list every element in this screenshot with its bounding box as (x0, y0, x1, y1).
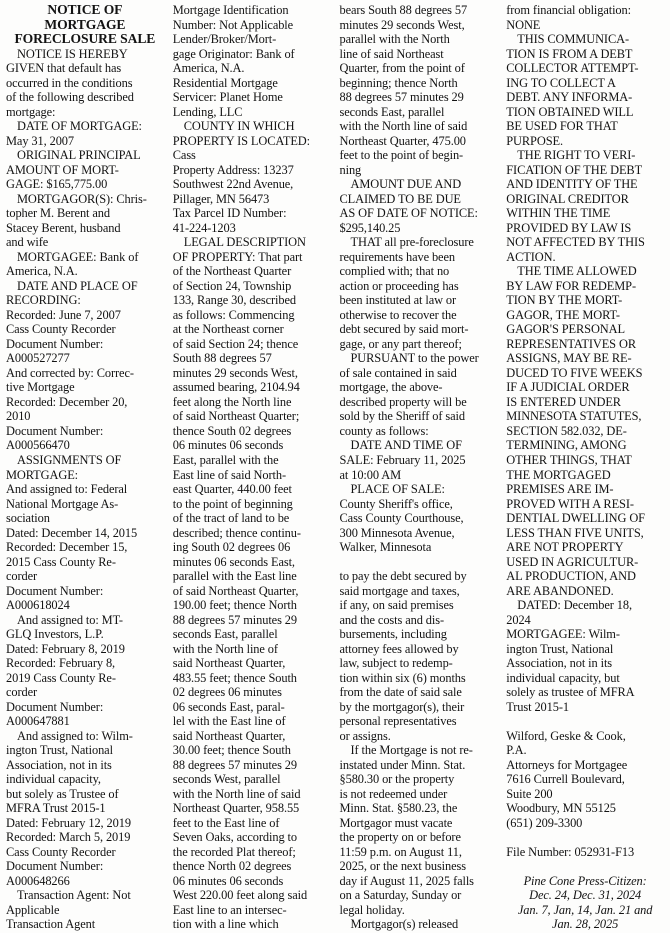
text-line: Walker, Minnesota (340, 540, 498, 555)
text-line: DATE AND PLACE OF (6, 279, 164, 294)
text-line: of said Northeast Quarter; (173, 409, 331, 424)
text-line: ington Trust, National (506, 642, 664, 657)
text-line: A000618024 (6, 598, 164, 613)
text-line: GLQ Investors, L.P. (6, 627, 164, 642)
text-line: debt secured by said mort- (340, 322, 498, 337)
text-line: File Number: 052931-F13 (506, 845, 664, 860)
text-line: AL PRODUCTION, AND (506, 569, 664, 584)
text-line: Jan. 28, 2025 (506, 917, 664, 932)
foreclosure-notice-page: NOTICE OFMORTGAGEFORECLOSURE SALENOTICE … (0, 0, 670, 933)
text-line: AS OF DATE OF NOTICE: (340, 206, 498, 221)
text-line: A000648266 (6, 874, 164, 889)
text-line: East, parallel with the (173, 453, 331, 468)
text-line: day if August 11, 2025 falls (340, 874, 498, 889)
text-line: gage Originator: Bank of (173, 47, 331, 62)
text-line: Quarter, from the point of (340, 61, 498, 76)
text-line: Tax Parcel ID Number: (173, 206, 331, 221)
text-line: ORIGINAL CREDITOR (506, 192, 664, 207)
text-line: May 31, 2007 (6, 134, 164, 149)
text-line: IS ENTERED UNDER (506, 395, 664, 410)
text-line: minutes 06 seconds East, (173, 555, 331, 570)
text-line: MORTGAGEE: Bank of (6, 250, 164, 265)
text-line: AMOUNT OF MORT- (6, 163, 164, 178)
text-line (506, 714, 664, 729)
text-line: FICATION OF THE DEBT (506, 163, 664, 178)
text-line: of Section 24, Township (173, 279, 331, 294)
notice-column-3: bears South 88 degrees 57minutes 29 seco… (340, 3, 498, 931)
text-line: TION OBTAINED WILL (506, 105, 664, 120)
text-line: tion with a line which (173, 917, 331, 932)
text-line: Pillager, MN 56473 (173, 192, 331, 207)
text-line: seconds East, parallel (173, 627, 331, 642)
text-line: mortgage: (6, 105, 164, 120)
text-line: NOTICE IS HEREBY (6, 47, 164, 62)
text-line: ARE NOT PROPERTY (506, 540, 664, 555)
text-line: Trust 2015-1 (506, 700, 664, 715)
text-line: personal representatives (340, 714, 498, 729)
text-line: of the Northeast Quarter (173, 264, 331, 279)
text-line: TION BY THE MORT- (506, 293, 664, 308)
text-line (340, 555, 498, 570)
text-line: TION IS FROM A DEBT (506, 47, 664, 62)
text-line: county as follows: (340, 424, 498, 439)
text-line: PROPERTY IS LOCATED: (173, 134, 331, 149)
text-line: 2025, or the next business (340, 859, 498, 874)
text-line: to pay the debt secured by (340, 569, 498, 584)
text-line: ING TO COLLECT A (506, 76, 664, 91)
text-line: Recorded: March 5, 2019 (6, 830, 164, 845)
text-line: from the date of said sale (340, 685, 498, 700)
text-line: Applicable (6, 903, 164, 918)
text-line: Dated: February 8, 2019 (6, 642, 164, 657)
text-line: PREMISES ARE IM- (506, 482, 664, 497)
text-line: seconds East, parallel (340, 105, 498, 120)
text-line: Lending, LLC (173, 105, 331, 120)
text-line: Document Number: (6, 424, 164, 439)
text-line: Servicer: Planet Home (173, 90, 331, 105)
text-line: instated under Minn. Stat. (340, 758, 498, 773)
text-line: feet along the North line (173, 395, 331, 410)
text-line: Lender/Broker/Mort- (173, 32, 331, 47)
text-line: but solely as Trustee of (6, 787, 164, 802)
text-line: MORTGAGOR(S): Chris- (6, 192, 164, 207)
text-line: Woodbury, MN 55125 (506, 801, 664, 816)
text-line: Seven Oaks, according to (173, 830, 331, 845)
text-line: Minn. Stat. §580.23, the (340, 801, 498, 816)
text-line: THE MORTGAGED (506, 468, 664, 483)
text-line: tion within six (6) months (340, 671, 498, 686)
text-line: Cass County Courthouse, (340, 511, 498, 526)
text-line: thence North 02 degrees (173, 859, 331, 874)
text-line: ORIGINAL PRINCIPAL (6, 148, 164, 163)
text-line: And assigned to: Federal (6, 482, 164, 497)
text-line: NOT AFFECTED BY THIS (506, 235, 664, 250)
text-line: Mortgagor must vacate (340, 816, 498, 831)
notice-column-2: Mortgage IdentificationNumber: Not Appli… (173, 3, 331, 931)
text-line: NONE (506, 18, 664, 33)
text-line: assumed bearing, 2104.94 (173, 380, 331, 395)
text-line: THIS COMMUNICA- (506, 32, 664, 47)
text-line (506, 859, 664, 874)
text-line: BE USED FOR THAT (506, 119, 664, 134)
text-line: 190.00 feet; thence North (173, 598, 331, 613)
text-line: PROVIDED BY LAW IS (506, 221, 664, 236)
text-line: OTHER THINGS, THAT (506, 453, 664, 468)
text-line: GAGE: $165,775.00 (6, 177, 164, 192)
text-line: 88 degrees 57 minutes 29 (173, 758, 331, 773)
text-line: ington Trust, National (6, 743, 164, 758)
text-line: Cass County Recorder (6, 322, 164, 337)
text-line: Stacey Berent, husband (6, 221, 164, 236)
text-line: of said Northeast Quarter, (173, 584, 331, 599)
text-line: 2019 Cass County Re- (6, 671, 164, 686)
text-line: of sale contained in said (340, 366, 498, 381)
text-line: MFRA Trust 2015-1 (6, 801, 164, 816)
text-line: said Northeast Quarter, (173, 729, 331, 744)
text-line: National Mortgage As- (6, 497, 164, 512)
text-line: AND IDENTITY OF THE (506, 177, 664, 192)
text-line: with the North line of said (340, 119, 498, 134)
text-line: at 10:00 AM (340, 468, 498, 483)
text-line: 133, Range 30, described (173, 293, 331, 308)
text-line: feet to the East line of (173, 816, 331, 831)
text-line: Suite 200 (506, 787, 664, 802)
text-line: described property will be (340, 395, 498, 410)
text-line: topher M. Berent and (6, 206, 164, 221)
text-line: ning (340, 163, 498, 178)
text-line: 300 Minnesota Avenue, (340, 526, 498, 541)
text-line: Document Number: (6, 584, 164, 599)
text-line: ASSIGNMENTS OF (6, 453, 164, 468)
text-line: gage, or any part thereof; (340, 337, 498, 352)
text-line: THE TIME ALLOWED (506, 264, 664, 279)
text-line: South 88 degrees 57 (173, 351, 331, 366)
text-line: DATE AND TIME OF (340, 438, 498, 453)
text-line: BY LAW FOR REDEMP- (506, 279, 664, 294)
text-line: beginning; thence North (340, 76, 498, 91)
text-line: 06 seconds East, paral- (173, 700, 331, 715)
text-line: otherwise to recover the (340, 308, 498, 323)
text-line: If the Mortgage is not re- (340, 743, 498, 758)
text-line: 30.00 feet; thence South (173, 743, 331, 758)
notice-column-1: NOTICE OFMORTGAGEFORECLOSURE SALENOTICE … (6, 3, 164, 931)
text-line: thence South 02 degrees (173, 424, 331, 439)
text-line: east Quarter, 440.00 feet (173, 482, 331, 497)
text-line: OF PROPERTY: That part (173, 250, 331, 265)
text-line: Dated: February 12, 2019 (6, 816, 164, 831)
text-line: 02 degrees 06 minutes (173, 685, 331, 700)
text-line: Wilford, Geske & Cook, (506, 729, 664, 744)
text-line: A000527277 (6, 351, 164, 366)
text-line: 11:59 p.m. on August 11, (340, 845, 498, 860)
text-line: Transaction Agent (6, 917, 164, 932)
text-line: said Northeast Quarter, (173, 656, 331, 671)
text-line: AMOUNT DUE AND (340, 177, 498, 192)
text-line: parallel with the East line (173, 569, 331, 584)
text-line: County Sheriff's office, (340, 497, 498, 512)
text-line: occurred in the conditions (6, 76, 164, 91)
text-line: 7616 Currell Boulevard, (506, 772, 664, 787)
text-line: ARE ABANDONED. (506, 584, 664, 599)
text-line: GAGOR'S PERSONAL (506, 322, 664, 337)
text-line: And corrected by: Correc- (6, 366, 164, 381)
text-line: America, N.A. (173, 61, 331, 76)
text-line: mortgage, the above- (340, 380, 498, 395)
text-line: East line of said North- (173, 468, 331, 483)
text-line: by the mortgagor(s), their (340, 700, 498, 715)
text-line: 2010 (6, 409, 164, 424)
text-line: COUNTY IN WHICH (173, 119, 331, 134)
text-line: feet to the point of begin- (340, 148, 498, 163)
text-line: PLACE OF SALE: (340, 482, 498, 497)
text-line: USED IN AGRICULTUR- (506, 555, 664, 570)
text-line: ACTION. (506, 250, 664, 265)
text-line: Pine Cone Press-Citizen: (506, 874, 664, 889)
text-line: MINNESOTA STATUTES, (506, 409, 664, 424)
text-line: Number: Not Applicable (173, 18, 331, 33)
text-line: REPRESENTATIVES OR (506, 337, 664, 352)
text-line: LEGAL DESCRIPTION (173, 235, 331, 250)
text-line: with the North line of said (173, 787, 331, 802)
text-line: 483.55 feet; thence South (173, 671, 331, 686)
text-line: LESS THAN FIVE UNITS, (506, 526, 664, 541)
text-line: Association, not in its (506, 656, 664, 671)
text-line: minutes 29 seconds West, (173, 366, 331, 381)
text-line: And assigned to: Wilm- (6, 729, 164, 744)
text-line: Transaction Agent: Not (6, 888, 164, 903)
text-line: complied with; that no (340, 264, 498, 279)
text-line: tive Mortgage (6, 380, 164, 395)
text-line: A000647881 (6, 714, 164, 729)
text-line: Cass (173, 148, 331, 163)
text-line: GIVEN that default has (6, 61, 164, 76)
text-line: sociation (6, 511, 164, 526)
text-line: bursements, including (340, 627, 498, 642)
text-line: WITHIN THE TIME (506, 206, 664, 221)
text-line: CLAIMED TO BE DUE (340, 192, 498, 207)
text-line: GAGOR, THE MORT- (506, 308, 664, 323)
text-line: ing South 02 degrees 06 (173, 540, 331, 555)
text-line: Recorded: December 20, (6, 395, 164, 410)
notice-column-4: from financial obligation:NONETHIS COMMU… (506, 3, 664, 931)
text-line: at the Northeast corner (173, 322, 331, 337)
notice-title-line: MORTGAGE (6, 18, 164, 33)
text-line: is not redeemed under (340, 787, 498, 802)
text-line: MORTGAGEE: Wilm- (506, 627, 664, 642)
text-line: §580.30 or the property (340, 772, 498, 787)
text-line: to the point of beginning (173, 497, 331, 512)
text-line: requirements have been (340, 250, 498, 265)
text-line: minutes 29 seconds West, (340, 18, 498, 33)
text-line: individual capacity, but (506, 671, 664, 686)
text-line: PROVED WITH A RESI- (506, 497, 664, 512)
notice-title-line: FORECLOSURE SALE (6, 32, 164, 47)
text-line: corder (6, 685, 164, 700)
text-line: Recorded: December 15, (6, 540, 164, 555)
text-line: solely as trustee of MFRA (506, 685, 664, 700)
text-line: Attorneys for Mortgagee (506, 758, 664, 773)
text-line: P.A. (506, 743, 664, 758)
text-line: SECTION 582.032, DE- (506, 424, 664, 439)
text-line: Cass County Recorder (6, 845, 164, 860)
text-line: $295,140.25 (340, 221, 498, 236)
text-line: of the following described (6, 90, 164, 105)
text-line: THAT all pre-foreclosure (340, 235, 498, 250)
text-line: as follows: Commencing (173, 308, 331, 323)
text-line: the recorded Plat thereof; (173, 845, 331, 860)
text-line: Mortgagor(s) released (340, 917, 498, 932)
text-line: bears South 88 degrees 57 (340, 3, 498, 18)
text-line: THE RIGHT TO VERI- (506, 148, 664, 163)
text-line: 06 minutes 06 seconds (173, 874, 331, 889)
text-line: lel with the East line of (173, 714, 331, 729)
text-line: Dec. 24, Dec. 31, 2024 (506, 888, 664, 903)
text-line: Document Number: (6, 859, 164, 874)
text-line: Document Number: (6, 337, 164, 352)
text-line: on a Saturday, Sunday or (340, 888, 498, 903)
text-line: America, N.A. (6, 264, 164, 279)
text-line: IF A JUDICIAL ORDER (506, 380, 664, 395)
text-line: Southwest 22nd Avenue, (173, 177, 331, 192)
text-line: parallel with the North (340, 32, 498, 47)
text-line: Mortgage Identification (173, 3, 331, 18)
text-line: Recorded: June 7, 2007 (6, 308, 164, 323)
text-line: Association, not in its (6, 758, 164, 773)
text-line: individual capacity, (6, 772, 164, 787)
text-line: with the North line of (173, 642, 331, 657)
text-line: if any, on said premises (340, 598, 498, 613)
text-line: legal holiday. (340, 903, 498, 918)
text-line: 41-224-1203 (173, 221, 331, 236)
text-line: DATE OF MORTGAGE: (6, 119, 164, 134)
text-line: DENTIAL DWELLING OF (506, 511, 664, 526)
text-line: West 220.00 feet along said (173, 888, 331, 903)
text-line: 2024 (506, 613, 664, 628)
text-line: MORTGAGE: (6, 468, 164, 483)
text-line: from financial obligation: (506, 3, 664, 18)
text-line: (651) 209-3300 (506, 816, 664, 831)
text-line: attorney fees allowed by (340, 642, 498, 657)
text-line: A000566470 (6, 438, 164, 453)
notice-title-line: NOTICE OF (6, 3, 164, 18)
text-line: 2015 Cass County Re- (6, 555, 164, 570)
text-line: Northeast Quarter, 475.00 (340, 134, 498, 149)
text-line: Residential Mortgage (173, 76, 331, 91)
text-line: PURSUANT to the power (340, 351, 498, 366)
text-line: of said Section 24; thence (173, 337, 331, 352)
text-line: 06 minutes 06 seconds (173, 438, 331, 453)
text-line: 88 degrees 57 minutes 29 (173, 613, 331, 628)
text-line: SALE: February 11, 2025 (340, 453, 498, 468)
text-line: ASSIGNS, MAY BE RE- (506, 351, 664, 366)
text-line: Recorded: February 8, (6, 656, 164, 671)
text-line: RECORDING: (6, 293, 164, 308)
text-line: DEBT. ANY INFORMA- (506, 90, 664, 105)
text-line: And assigned to: MT- (6, 613, 164, 628)
text-line: 88 degrees 57 minutes 29 (340, 90, 498, 105)
text-line: law, subject to redemp- (340, 656, 498, 671)
text-line: Northeast Quarter, 958.55 (173, 801, 331, 816)
text-line: corder (6, 569, 164, 584)
text-line: TERMINING, AMONG (506, 438, 664, 453)
text-line: DATED: December 18, (506, 598, 664, 613)
text-line: action or proceeding has (340, 279, 498, 294)
text-line: COLLECTOR ATTEMPT- (506, 61, 664, 76)
text-line: Dated: December 14, 2015 (6, 526, 164, 541)
text-line: DUCED TO FIVE WEEKS (506, 366, 664, 381)
text-line: been instituted at law or (340, 293, 498, 308)
text-line: seconds West, parallel (173, 772, 331, 787)
text-line: said mortgage and taxes, (340, 584, 498, 599)
text-line: of the tract of land to be (173, 511, 331, 526)
text-line: and the costs and dis- (340, 613, 498, 628)
text-line: Property Address: 13237 (173, 163, 331, 178)
text-line: Document Number: (6, 700, 164, 715)
text-line: PURPOSE. (506, 134, 664, 149)
text-line: sold by the Sheriff of said (340, 409, 498, 424)
text-line: described; thence continu- (173, 526, 331, 541)
text-line: Jan. 7, Jan, 14, Jan. 21 and (506, 903, 664, 918)
text-line: East line to an intersec- (173, 903, 331, 918)
text-line: or assigns. (340, 729, 498, 744)
text-line (506, 830, 664, 845)
text-line: and wife (6, 235, 164, 250)
text-line: line of said Northeast (340, 47, 498, 62)
text-line: the property on or before (340, 830, 498, 845)
